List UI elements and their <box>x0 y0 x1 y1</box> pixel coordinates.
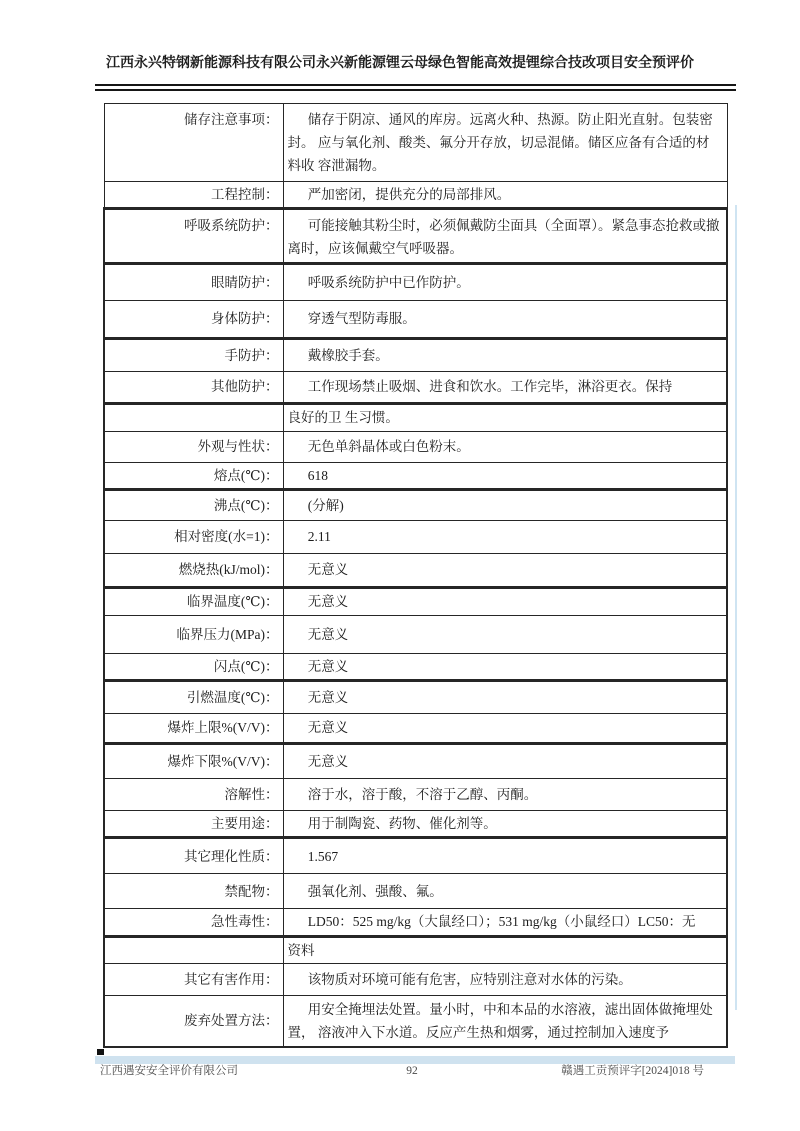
row-content: (分解) <box>283 489 727 520</box>
footer-doc-number: 赣遇工贡预评字[2024]018 号 <box>408 1062 728 1078</box>
row-content: 用安全掩埋法处置。量小时，中和本品的水溶液，滤出固体做掩埋处置， 溶液冲入下水道… <box>283 995 727 1047</box>
table-row: 其它有害作用： 该物质对环境可能有危害，应特别注意对水体的污染。 <box>104 963 727 995</box>
row-content: 良好的卫 生习惯。 <box>283 403 727 431</box>
table-row: 外观与性状： 无色单斜晶体或白色粉末。 <box>104 431 727 462</box>
row-content: 穿透气型防毒服。 <box>283 300 727 338</box>
row-label: 其它有害作用： <box>104 963 283 995</box>
row-content: 无色单斜晶体或白色粉末。 <box>283 431 727 462</box>
row-content: 戴橡胶手套。 <box>283 338 727 371</box>
table-row: 相对密度(水=1)： 2.11 <box>104 520 727 553</box>
document-page: 江西永兴特钢新能源科技有限公司永兴新能源锂云母绿色智能高效提锂综合技改项目安全预… <box>0 0 800 1131</box>
row-content: 严加密闭，提供充分的局部排风。 <box>283 182 727 209</box>
row-label: 临界温度(℃)： <box>104 587 283 615</box>
row-label: 眼睛防护： <box>104 263 283 300</box>
row-label <box>104 936 283 963</box>
row-label: 外观与性状： <box>104 431 283 462</box>
msds-table: 储存注意事项： 储存于阴凉、通风的库房。远离火种、热源。防止阳光直射。包装密封。… <box>103 103 728 1048</box>
row-content: 无意义 <box>283 553 727 587</box>
table-row: 引燃温度(℃)： 无意义 <box>104 681 727 714</box>
table-row: 废弃处置方法： 用安全掩埋法处置。量小时，中和本品的水溶液，滤出固体做掩埋处置，… <box>104 995 727 1047</box>
row-content: 无意义 <box>283 653 727 680</box>
row-content: 无意义 <box>283 714 727 744</box>
footer-page-number: 92 <box>406 1065 418 1077</box>
row-content: 可能接触其粉尘时，必须佩戴防尘面具（全面罩）。紧急事态抢救或撤 离时，应该佩戴空… <box>283 209 727 263</box>
row-label: 爆炸上限%(V/V)： <box>104 714 283 744</box>
table-row: 熔点(℃)： 618 <box>104 462 727 489</box>
table-row: 燃烧热(kJ/mol)： 无意义 <box>104 553 727 587</box>
row-label: 溶解性： <box>104 779 283 811</box>
table-row: 临界温度(℃)： 无意义 <box>104 587 727 615</box>
row-label: 储存注意事项： <box>104 104 283 182</box>
row-label: 废弃处置方法： <box>104 995 283 1047</box>
row-content: 用于制陶瓷、药物、催化剂等。 <box>283 811 727 838</box>
table-row: 沸点(℃)： (分解) <box>104 489 727 520</box>
row-content: 呼吸系统防护中已作防护。 <box>283 263 727 300</box>
row-content: 无意义 <box>283 681 727 714</box>
table-row: 爆炸上限%(V/V)： 无意义 <box>104 714 727 744</box>
paragraph-anchor-mark <box>97 1049 104 1055</box>
row-content: LD50：525 mg/kg（大鼠经口）；531 mg/kg（小鼠经口）LC50… <box>283 909 727 936</box>
row-label: 引燃温度(℃)： <box>104 681 283 714</box>
row-content: 该物质对环境可能有危害，应特别注意对水体的污染。 <box>283 963 727 995</box>
table-row: 禁配物： 强氧化剂、强酸、氟。 <box>104 874 727 909</box>
row-label: 其它理化性质： <box>104 838 283 874</box>
page-title: 江西永兴特钢新能源科技有限公司永兴新能源锂云母绿色智能高效提锂综合技改项目安全预… <box>60 52 740 72</box>
row-label: 手防护： <box>104 338 283 371</box>
table-row: 其它理化性质： 1.567 <box>104 838 727 874</box>
row-label: 主要用途： <box>104 811 283 838</box>
row-label: 临界压力(MPa)： <box>104 615 283 653</box>
row-label: 身体防护： <box>104 300 283 338</box>
row-content: 无意义 <box>283 587 727 615</box>
row-content: 无意义 <box>283 744 727 779</box>
row-label: 沸点(℃)： <box>104 489 283 520</box>
row-label: 相对密度(水=1)： <box>104 520 283 553</box>
table-row: 眼睛防护： 呼吸系统防护中已作防护。 <box>104 263 727 300</box>
row-label: 爆炸下限%(V/V)： <box>104 744 283 779</box>
row-label: 熔点(℃)： <box>104 462 283 489</box>
row-label: 其他防护： <box>104 371 283 403</box>
table-row: 临界压力(MPa)： 无意义 <box>104 615 727 653</box>
row-label <box>104 403 283 431</box>
row-content: 无意义 <box>283 615 727 653</box>
footer-company: 江西遇安安全评价有限公司 <box>100 1062 396 1078</box>
row-content: 618 <box>283 462 727 489</box>
row-content: 1.567 <box>283 838 727 874</box>
row-label: 燃烧热(kJ/mol)： <box>104 553 283 587</box>
row-label: 急性毒性： <box>104 909 283 936</box>
row-content: 强氧化剂、强酸、氟。 <box>283 874 727 909</box>
table-row: 身体防护： 穿透气型防毒服。 <box>104 300 727 338</box>
page-footer: 江西遇安安全评价有限公司 92 赣遇工贡预评字[2024]018 号 <box>100 1062 728 1078</box>
row-content: 资料 <box>283 936 727 963</box>
table-gridline-highlight <box>735 205 737 1010</box>
header-divider <box>95 84 736 91</box>
row-content: 溶于水，溶于酸，不溶于乙醇、丙酮。 <box>283 779 727 811</box>
row-content: 2.11 <box>283 520 727 553</box>
table-row: 主要用途： 用于制陶瓷、药物、催化剂等。 <box>104 811 727 838</box>
table-row: 良好的卫 生习惯。 <box>104 403 727 431</box>
table-row: 呼吸系统防护： 可能接触其粉尘时，必须佩戴防尘面具（全面罩）。紧急事态抢救或撤 … <box>104 209 727 263</box>
table-row: 储存注意事项： 储存于阴凉、通风的库房。远离火种、热源。防止阳光直射。包装密封。… <box>104 104 727 182</box>
row-label: 禁配物： <box>104 874 283 909</box>
row-label: 闪点(℃)： <box>104 653 283 680</box>
row-label: 工程控制： <box>104 182 283 209</box>
row-content: 储存于阴凉、通风的库房。远离火种、热源。防止阳光直射。包装密封。 应与氧化剂、酸… <box>283 104 727 182</box>
table-row: 闪点(℃)： 无意义 <box>104 653 727 680</box>
row-label: 呼吸系统防护： <box>104 209 283 263</box>
row-content: 工作现场禁止吸烟、进食和饮水。工作完毕，淋浴更衣。保持 <box>283 371 727 403</box>
table-row: 工程控制： 严加密闭，提供充分的局部排风。 <box>104 182 727 209</box>
table-row: 其他防护： 工作现场禁止吸烟、进食和饮水。工作完毕，淋浴更衣。保持 <box>104 371 727 403</box>
table-row: 手防护： 戴橡胶手套。 <box>104 338 727 371</box>
table-row: 溶解性： 溶于水，溶于酸，不溶于乙醇、丙酮。 <box>104 779 727 811</box>
table-row: 爆炸下限%(V/V)： 无意义 <box>104 744 727 779</box>
table-row: 急性毒性： LD50：525 mg/kg（大鼠经口）；531 mg/kg（小鼠经… <box>104 909 727 936</box>
table-row: 资料 <box>104 936 727 963</box>
